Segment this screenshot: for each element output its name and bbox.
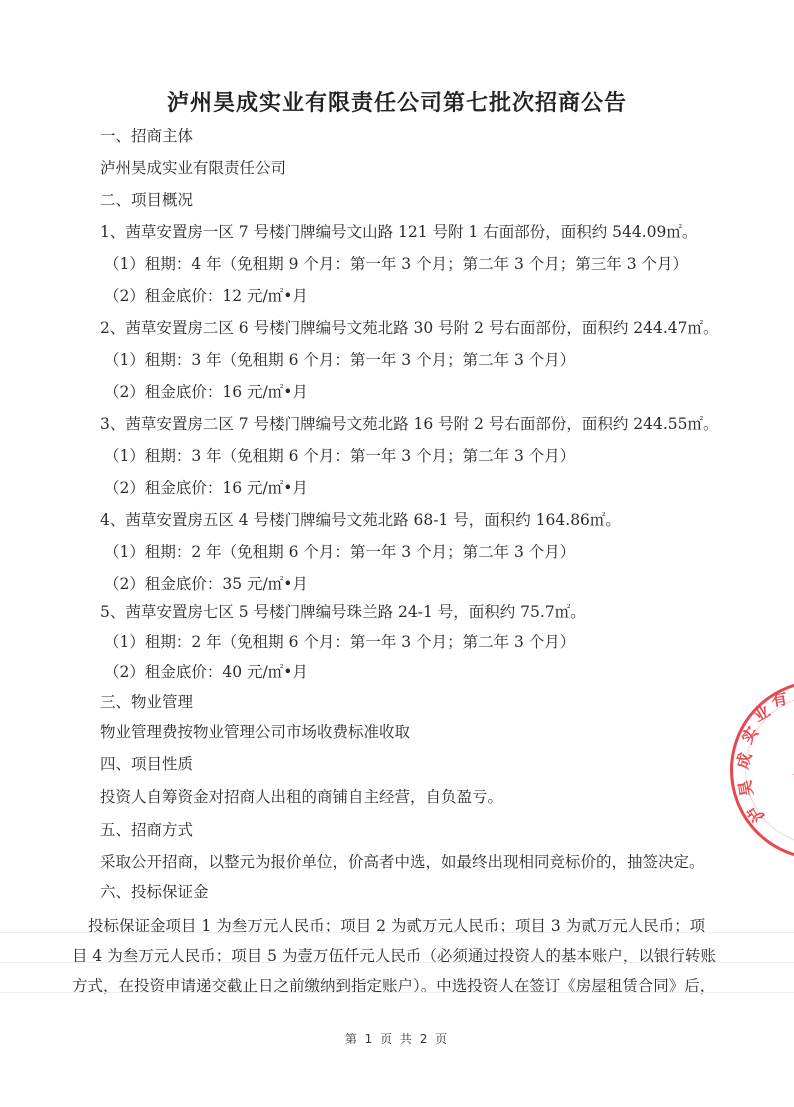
project-3-price: （2）租金底价：16 元/㎡•月	[104, 476, 308, 498]
section-heading-6: 六、投标保证金	[100, 880, 209, 902]
project-2-term: （1）租期：3 年（免租期 6 个月：第一年 3 个月；第二年 3 个月）	[104, 348, 575, 370]
project-1-desc: 1、茜草安置房一区 7 号楼门牌编号文山路 121 号附 1 右面部份，面积约 …	[100, 220, 697, 242]
issuer-name: 泸州昊成实业有限责任公司	[100, 156, 286, 178]
project-4-price: （2）租金底价：35 元/㎡•月	[104, 572, 308, 594]
scan-artifact-line	[0, 962, 794, 963]
seal-char: 有	[769, 686, 789, 711]
project-5-desc: 5、茜草安置房七区 5 号楼门牌编号珠兰路 24-1 号，面积约 75.7㎡。	[100, 600, 586, 622]
company-seal: 有 业 实 成 昊 泸	[730, 680, 794, 860]
section-heading-5: 五、招商方式	[100, 818, 193, 840]
document-title: 泸州昊成实业有限责任公司第七批次招商公告	[0, 86, 794, 117]
project-3-term: （1）租期：3 年（免租期 6 个月：第一年 3 个月；第二年 3 个月）	[104, 444, 575, 466]
section-heading-2: 二、项目概况	[100, 188, 193, 210]
section-heading-3: 三、物业管理	[100, 690, 193, 712]
project-2-desc: 2、茜草安置房二区 6 号楼门牌编号文苑北路 30 号附 2 号右面部份，面积约…	[100, 316, 719, 338]
scan-artifact-line	[0, 992, 794, 993]
section-heading-1: 一、招商主体	[100, 124, 193, 146]
section-heading-4: 四、项目性质	[100, 752, 193, 774]
project-1-price: （2）租金底价：12 元/㎡•月	[104, 284, 308, 306]
property-management-text: 物业管理费按物业管理公司市场收费标准收取	[100, 720, 410, 742]
project-1-term: （1）租期：4 年（免租期 9 个月：第一年 3 个月；第二年 3 个月；第三年…	[104, 252, 688, 274]
document-page: 泸州昊成实业有限责任公司第七批次招商公告 一、招商主体 泸州昊成实业有限责任公司…	[0, 0, 794, 1107]
bidding-method-text: 采取公开招商，以整元为报价单位，价高者中选，如最终出现相同竞标价的，抽签决定。	[100, 850, 705, 872]
project-2-price: （2）租金底价：16 元/㎡•月	[104, 380, 308, 402]
project-nature-text: 投资人自筹资金对招商人出租的商铺自主经营，自负盈亏。	[100, 785, 503, 807]
project-4-desc: 4、茜草安置房五区 4 号楼门牌编号文苑北路 68-1 号，面积约 164.86…	[100, 508, 621, 530]
project-3-desc: 3、茜草安置房二区 7 号楼门牌编号文苑北路 16 号附 2 号右面部份，面积约…	[100, 412, 719, 434]
project-5-price: （2）租金底价：40 元/㎡•月	[104, 660, 308, 682]
project-4-term: （1）租期：2 年（免租期 6 个月：第一年 3 个月；第二年 3 个月）	[104, 540, 575, 562]
scan-artifact-line	[0, 932, 794, 933]
page-footer: 第 1 页 共 2 页	[0, 1030, 794, 1047]
project-5-term: （1）租期：2 年（免租期 6 个月：第一年 3 个月；第二年 3 个月）	[104, 630, 575, 652]
